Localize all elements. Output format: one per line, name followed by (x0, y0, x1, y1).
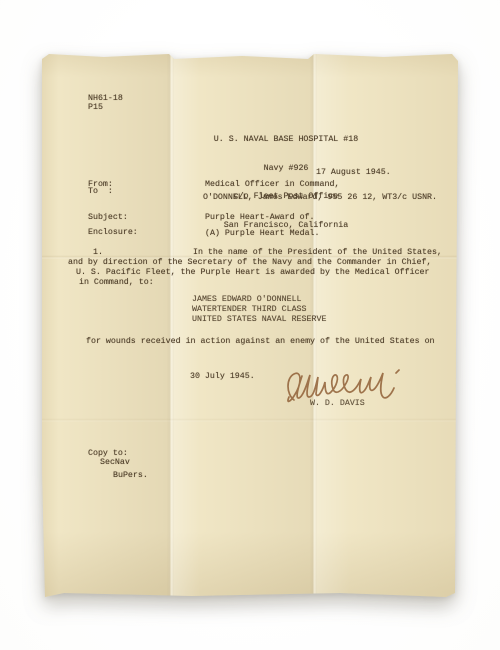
copy-to-secnav: SecNav (100, 458, 130, 468)
paragraph-number: 1. (93, 248, 103, 258)
signature-typed-name: W. D. DAVIS (310, 399, 365, 409)
to-value: O'DONNELL, James Edward, 955 26 12, WT3/… (203, 193, 437, 203)
enclosure-value: (A) Purple Heart Medal. (205, 229, 320, 239)
letter-document: NH61-18 P15 U. S. NAVAL BASE HOSPITAL #1… (42, 50, 458, 597)
action-date: 30 July 1945. (190, 372, 255, 382)
fold-line-horizontal-lower (42, 418, 458, 422)
reference-number-line2: P15 (88, 103, 103, 113)
photo-background: NH61-18 P15 U. S. NAVAL BASE HOSPITAL #1… (0, 0, 500, 650)
to-label: To : (88, 187, 113, 197)
letterhead-hospital: U. S. NAVAL BASE HOSPITAL #18 (146, 135, 426, 145)
recipient-name: JAMES EDWARD O'DONNELL (192, 295, 302, 305)
body-line-1: In the name of the President of the Unit… (193, 248, 442, 258)
copy-to-bupers: BuPers. (113, 471, 148, 481)
body-line-2: and by direction of the Secretary of the… (68, 258, 431, 268)
paper-sheet: NH61-18 P15 U. S. NAVAL BASE HOSPITAL #1… (42, 50, 458, 597)
body-line-4: in Command, to: (79, 278, 154, 288)
subject-value: Purple Heart-Award of. (205, 213, 315, 223)
enclosure-label: Enclosure: (88, 228, 138, 238)
letter-date: 17 August 1945. (316, 168, 391, 178)
recipient-rating: WATERTENDER THIRD CLASS (192, 305, 307, 315)
wounds-line: for wounds received in action against an… (86, 337, 435, 347)
body-line-3: U. S. Pacific Fleet, the Purple Heart is… (76, 268, 430, 278)
from-value: Medical Officer in Command, (205, 180, 339, 190)
recipient-service: UNITED STATES NAVAL RESERVE (192, 315, 326, 325)
subject-label: Subject: (88, 213, 128, 223)
